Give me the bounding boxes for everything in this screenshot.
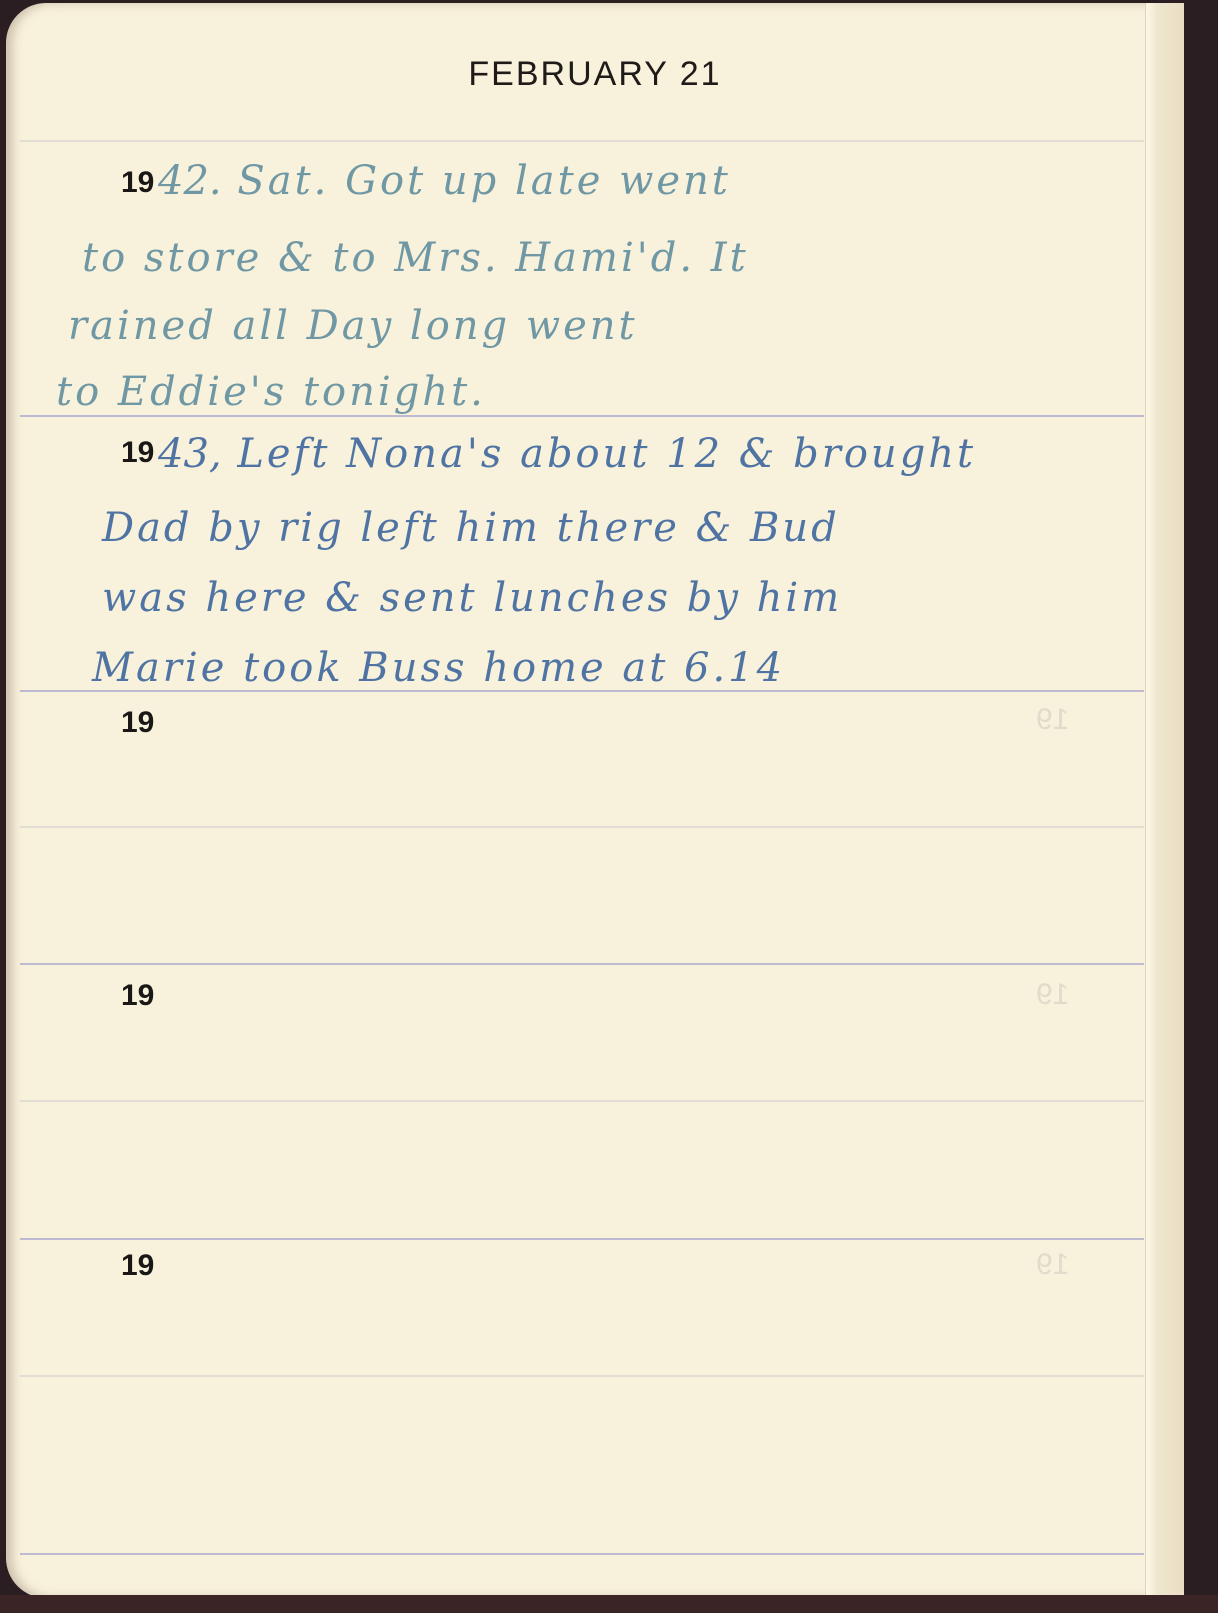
handwritten-line: Dad by rig left him there & Bud: [102, 505, 840, 551]
handwritten-line: 43, Left Nona's about 12 & brought: [158, 431, 976, 477]
ruled-line: [20, 415, 1144, 417]
handwritten-line: was here & sent lunches by him: [102, 575, 842, 621]
page-header: FEBRUARY 21: [6, 55, 1184, 94]
bleed-through-year: 19: [1036, 703, 1069, 737]
year-label-blank: 19: [121, 1249, 154, 1283]
diary-page: FEBRUARY 21 19 19 19 19 42. Sat. Got up …: [6, 3, 1184, 1598]
handwritten-year: 43,: [158, 431, 222, 477]
handwritten-year: 42.: [158, 158, 222, 204]
handwritten-line: Marie took Buss home at 6.14: [92, 645, 785, 691]
ruled-line: [20, 1375, 1144, 1377]
ruled-line: [20, 963, 1144, 965]
year-label-blank: 19: [121, 706, 154, 740]
ruled-line: [20, 826, 1144, 828]
handwritten-line: to store & to Mrs. Hami'd. It: [82, 235, 749, 281]
page-edge: [1145, 3, 1184, 1598]
handwritten-line: to Eddie's tonight.: [56, 369, 486, 415]
bleed-through-year: 19: [1036, 978, 1069, 1012]
handwritten-line: 42. Sat. Got up late went: [158, 158, 731, 204]
ruled-line: [20, 140, 1144, 142]
bleed-through-year: 19: [1036, 1248, 1069, 1282]
ruled-line: [20, 1553, 1144, 1555]
year-label-blank: 19: [121, 979, 154, 1013]
ruled-line: [20, 1100, 1144, 1102]
book-cover: [0, 1595, 1218, 1613]
handwritten-line: rained all Day long went: [68, 303, 638, 349]
year-label: 19: [121, 166, 154, 200]
date-heading: FEBRUARY 21: [468, 55, 721, 93]
ruled-line: [20, 1238, 1144, 1240]
year-label: 19: [121, 436, 154, 470]
